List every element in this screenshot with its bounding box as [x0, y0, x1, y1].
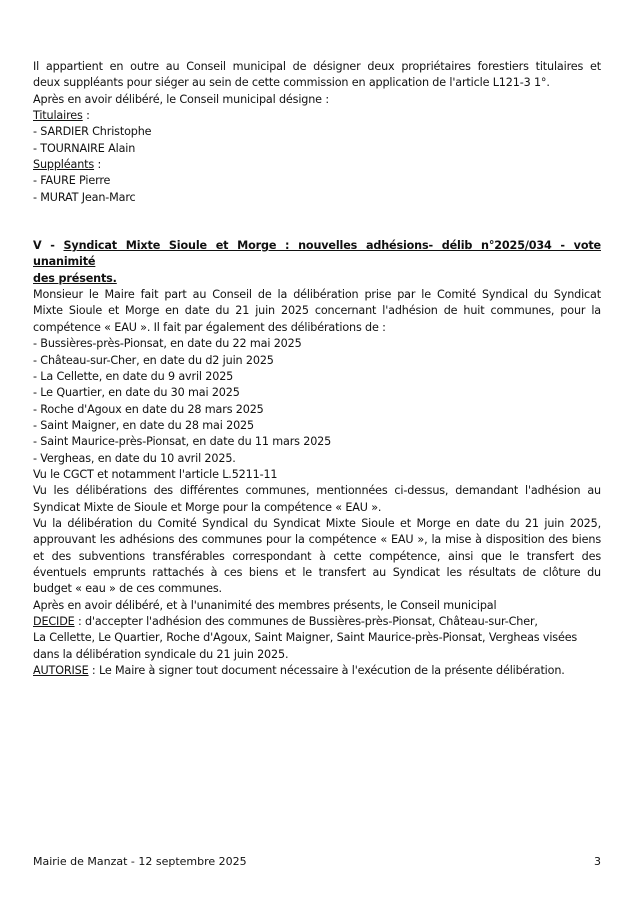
- colon: :: [94, 158, 101, 171]
- commune-item: - Château-sur-Cher, en date du d2 juin 2…: [33, 353, 601, 369]
- decide-text-cont: dans la délibération syndicale du 21 jui…: [33, 647, 601, 663]
- commune-item: - La Cellette, en date du 9 avril 2025: [33, 369, 601, 385]
- para1-line: Monsieur le Maire fait part au Conseil d…: [33, 287, 601, 303]
- intro-line-2: deux suppléants pour siéger au sein de c…: [33, 75, 601, 91]
- titulaire-item: - SARDIER Christophe: [33, 124, 601, 140]
- commune-item: - Bussières-près-Pionsat, en date du 22 …: [33, 336, 601, 352]
- footer-left: Mairie de Manzat - 12 septembre 2025: [33, 855, 247, 868]
- section-number: V -: [33, 239, 64, 252]
- commune-item: - Vergheas, en date du 10 avril 2025.: [33, 451, 601, 467]
- vu-delib-communes: Vu les délibérations des différentes com…: [33, 483, 601, 499]
- commune-item: - Roche d'Agoux en date du 28 mars 2025: [33, 402, 601, 418]
- section-title: Syndicat Mixte Sioule et Morge : nouvell…: [33, 239, 601, 268]
- page-number: 3: [594, 855, 601, 868]
- autorise-line: AUTORISE : Le Maire à signer tout docume…: [33, 663, 601, 679]
- commune-item: - Saint Maurice-près-Pionsat, en date du…: [33, 434, 601, 450]
- vu-delib-communes: Syndicat Mixte de Sioule et Morge pour l…: [33, 500, 601, 516]
- autorise-label: AUTORISE: [33, 664, 89, 677]
- decide-text: : d'accepter l'adhésion des communes de …: [75, 615, 538, 628]
- autorise-text: : Le Maire à signer tout document nécess…: [89, 664, 565, 677]
- decide-label: DECIDE: [33, 615, 75, 628]
- suppleant-item: - MURAT Jean-Marc: [33, 190, 601, 206]
- page-footer: Mairie de Manzat - 12 septembre 2025 3: [33, 855, 601, 868]
- intro-decision: Après en avoir délibéré, le Conseil muni…: [33, 92, 601, 108]
- vu-delib-comite: éventuels emprunts rattachés à ces biens…: [33, 565, 601, 581]
- vu-delib-comite: Vu la délibération du Comité Syndical du…: [33, 516, 601, 532]
- vu-delib-comite: approuvant les adhésions des communes po…: [33, 532, 601, 548]
- para1-line: Mixte Sioule et Morge en date du 21 juin…: [33, 303, 601, 319]
- suppleant-item: - FAURE Pierre: [33, 173, 601, 189]
- intro-line-1: Il appartient en outre au Conseil munici…: [33, 59, 601, 75]
- suppleants-heading: Suppléants :: [33, 157, 601, 173]
- vu-cgct: Vu le CGCT et notamment l'article L.5211…: [33, 467, 601, 483]
- vu-delib-comite: et des subventions transférables corresp…: [33, 549, 601, 565]
- decide-line: DECIDE : d'accepter l'adhésion des commu…: [33, 614, 601, 630]
- document-page: Il appartient en outre au Conseil munici…: [33, 59, 601, 679]
- titulaire-item: - TOURNAIRE Alain: [33, 141, 601, 157]
- section-title-cont: des présents.: [33, 272, 117, 285]
- section-heading: V - Syndicat Mixte Sioule et Morge : nou…: [33, 238, 601, 271]
- section-heading-cont: des présents.: [33, 271, 601, 287]
- section-gap: [33, 206, 601, 238]
- suppleants-label: Suppléants: [33, 158, 94, 171]
- para1-line: compétence « EAU ». Il fait par égalemen…: [33, 320, 601, 336]
- commune-item: - Saint Maigner, en date du 28 mai 2025: [33, 418, 601, 434]
- apres-deliberation: Après en avoir délibéré, et à l'unanimit…: [33, 598, 601, 614]
- titulaires-label: Titulaires: [33, 109, 83, 122]
- titulaires-heading: Titulaires :: [33, 108, 601, 124]
- vu-delib-comite: budget « eau » de ces communes.: [33, 581, 601, 597]
- commune-item: - Le Quartier, en date du 30 mai 2025: [33, 385, 601, 401]
- colon: :: [83, 109, 90, 122]
- decide-text-cont: La Cellette, Le Quartier, Roche d'Agoux,…: [33, 630, 601, 646]
